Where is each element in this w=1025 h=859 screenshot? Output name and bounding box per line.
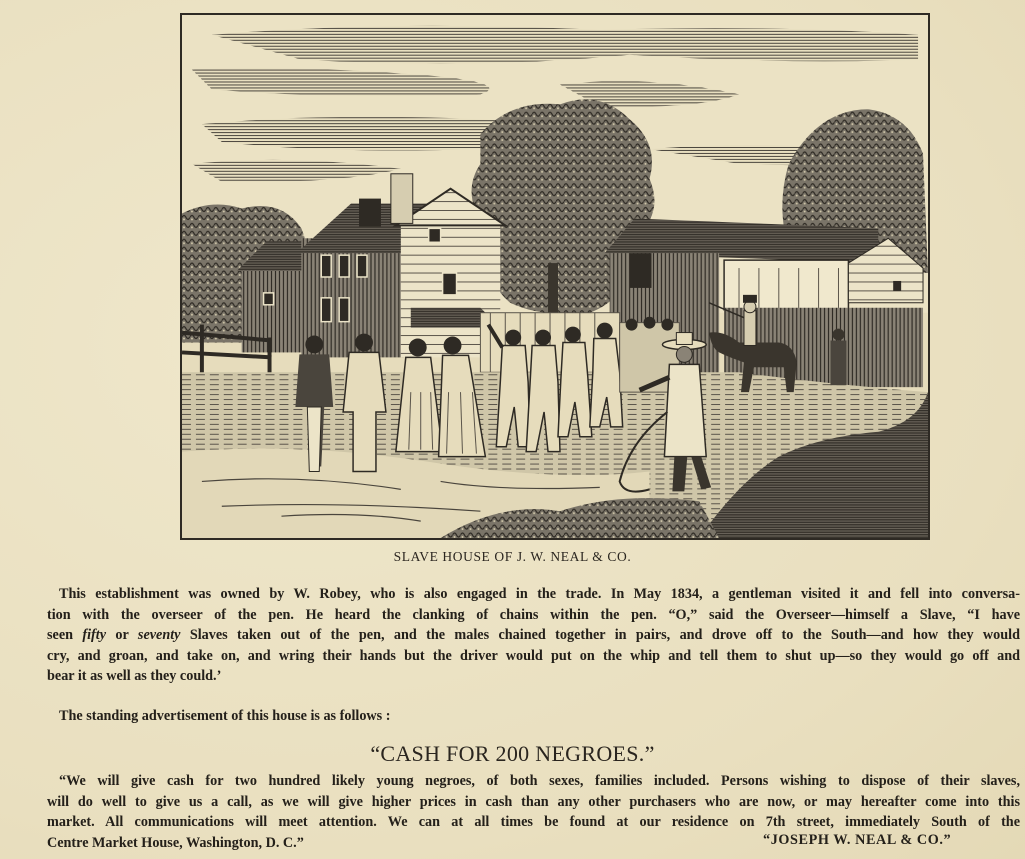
advertisement-headline: “CASH FOR 200 NEGROES.” [0,741,1025,767]
advertisement-line-2: will do well to give us a call, as we wi… [47,792,1020,813]
emphasis-fifty: fifty [82,627,106,643]
emphasis-seventy: seventy [138,627,181,643]
advertisement-signature: “JOSEPH W. NEAL & CO.” [763,832,951,849]
narrative-line-2: tion with the overseer of the pen. He he… [47,605,1020,626]
narrative-paragraph: This establishment was owned by W. Robey… [47,584,1020,687]
narrative-line-5: bear it as well as they could.’ [47,666,1020,687]
text-seen: seen [47,627,82,643]
engraving-illustration [180,13,930,540]
narrative-line-3: seen fifty or seventy Slaves taken out o… [47,625,1020,646]
text-slaves-taken: Slaves taken out of the pen, and the mal… [180,627,1020,643]
narrative-line-4: cry, and groan, and take on, and wring t… [47,646,1020,667]
advertisement-line-3: market. All communications will meet att… [47,812,1020,833]
narrative-line-1: This establishment was owned by W. Robey… [47,584,1020,605]
illustration-caption: SLAVE HOUSE OF J. W. NEAL & CO. [0,549,1025,565]
text-or: or [106,627,138,643]
engraving-scene [182,15,928,538]
advertisement-lead-in: The standing advertisement of this house… [59,708,390,725]
advertisement-line-1: “We will give cash for two hundred likel… [47,771,1020,792]
